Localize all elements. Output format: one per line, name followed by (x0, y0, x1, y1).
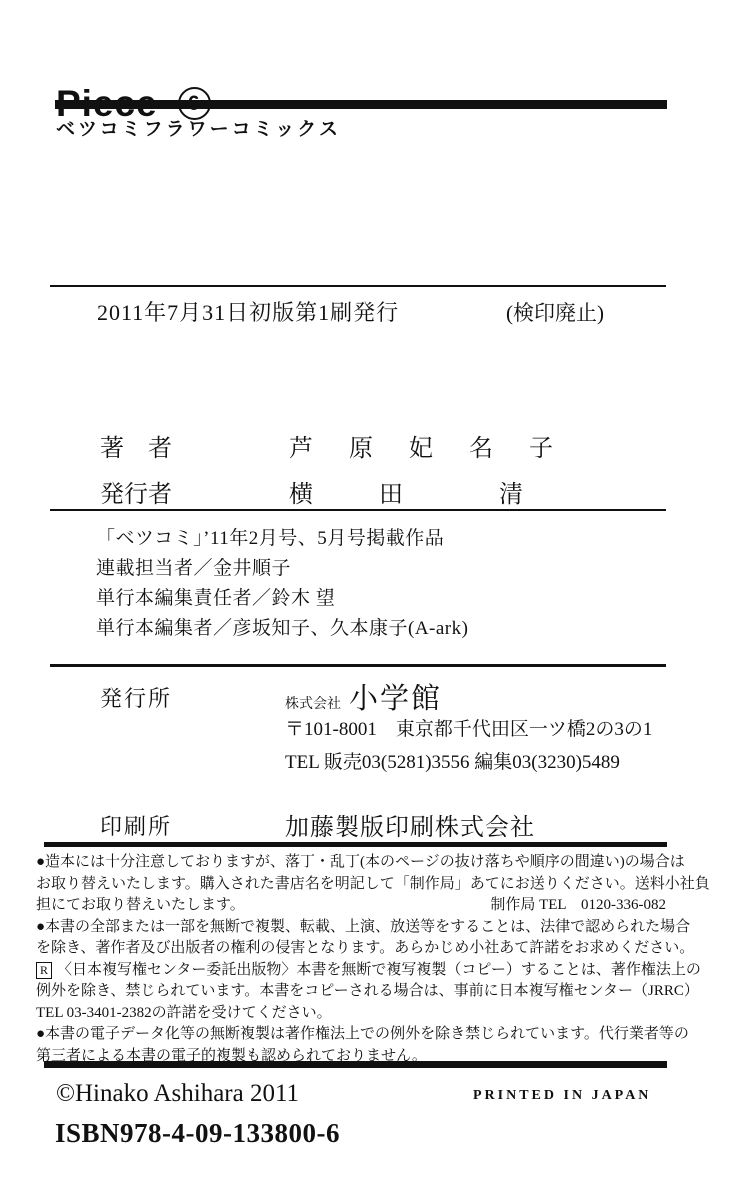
publisher-label: 発行所 (100, 682, 172, 713)
serialization-line: 単行本編集責任者／鈴木 望 (96, 584, 468, 614)
imprint-label: ベツコミフラワーコミックス (56, 114, 341, 141)
serialization-line: 単行本編集者／彦坂知子、久本康子(A-ark) (96, 614, 468, 644)
notice-line: 担にてお取り替えいたします。 制作局 TEL 0120-336-082 (36, 895, 666, 917)
notice-line-left: 担にてお取り替えいたします。 (36, 895, 245, 917)
company-name: 小学館 (349, 683, 442, 715)
notice-line: 例外を除き、禁じられています。本書をコピーされる場合は、事前に日本複写権センター… (36, 981, 666, 1003)
issuer-name: 横 田 清 (289, 474, 529, 509)
author-name: 芦 原 妃 名 子 (289, 428, 559, 463)
serialization-block: 「ベツコミ」’11年2月号、5月号掲載作品 連載担当者／金井順子 単行本編集責任… (96, 524, 468, 644)
edition-divider (50, 285, 666, 287)
notice-block: ●造本には十分注意しておりますが、落丁・乱丁(本のページの抜け落ちや順序の間違い… (36, 852, 666, 1067)
serialization-line: 連載担当者／金井順子 (96, 554, 468, 584)
notice-line: TEL 03-3401-2382の許諾を受けてください。 (36, 1003, 666, 1025)
copyright-line: ©Hinako Ashihara 2011 (56, 1080, 299, 1108)
credits-divider (50, 509, 666, 511)
notice-line: を除き、著作者及び出版者の権利の侵害となります。あらかじめ小社あて許諾をお求めく… (36, 938, 666, 960)
printer-name: 加藤製版印刷株式会社 (285, 807, 535, 842)
jrrc-text: 〈日本複写権センター委託出版物〉本書を無断で複写複製（コピー）することは、著作権… (57, 962, 701, 978)
publisher-address: 〒101-8001 東京都千代田区一ツ橋2の3の1 (285, 714, 652, 741)
colophon-page: Piece 6 ベツコミフラワーコミックス 2011年7月31日初版第1刷発行 … (0, 0, 751, 1200)
notice-line: お取り替えいたします。購入された書店名を明記して「制作局」あてにお送りください。… (36, 874, 666, 896)
production-dept-tel: 制作局 TEL 0120-336-082 (490, 895, 666, 917)
author-label: 著 者 (100, 428, 172, 463)
publisher-divider (50, 664, 666, 667)
printed-in-japan: PRINTED IN JAPAN (473, 1088, 651, 1104)
company-prefix: 株式会社 (285, 697, 341, 712)
serialization-line: 「ベツコミ」’11年2月号、5月号掲載作品 (96, 524, 468, 554)
isbn-line: ISBN978-4-09-133800-6 (55, 1118, 340, 1149)
notice-divider-top (44, 842, 667, 847)
notice-line: ●造本には十分注意しておりますが、落丁・乱丁(本のページの抜け落ちや順序の間違い… (36, 852, 666, 874)
notice-line: ●本書の全部または一部を無断で複製、転載、上演、放送等をすることは、法律で認めら… (36, 917, 666, 939)
printer-label: 印刷所 (100, 810, 172, 841)
edition-note: (検印廃止) (506, 297, 604, 327)
notice-divider-bottom (44, 1061, 667, 1068)
publisher-company: 株式会社小学館 (285, 676, 442, 717)
edition-date-line: 2011年7月31日初版第1刷発行 (97, 296, 399, 327)
registered-r-icon: R (36, 962, 52, 979)
notice-line: R〈日本複写権センター委託出版物〉本書を無断で複写複製（コピー）することは、著作… (36, 960, 666, 982)
notice-line: ●本書の電子データ化等の無断複製は著作権法上での例外を除き禁じられています。代行… (36, 1024, 666, 1046)
issuer-label: 発行者 (100, 474, 172, 509)
publisher-tel: TEL 販売03(5281)3556 編集03(3230)5489 (285, 747, 620, 774)
title-rule (55, 100, 667, 109)
